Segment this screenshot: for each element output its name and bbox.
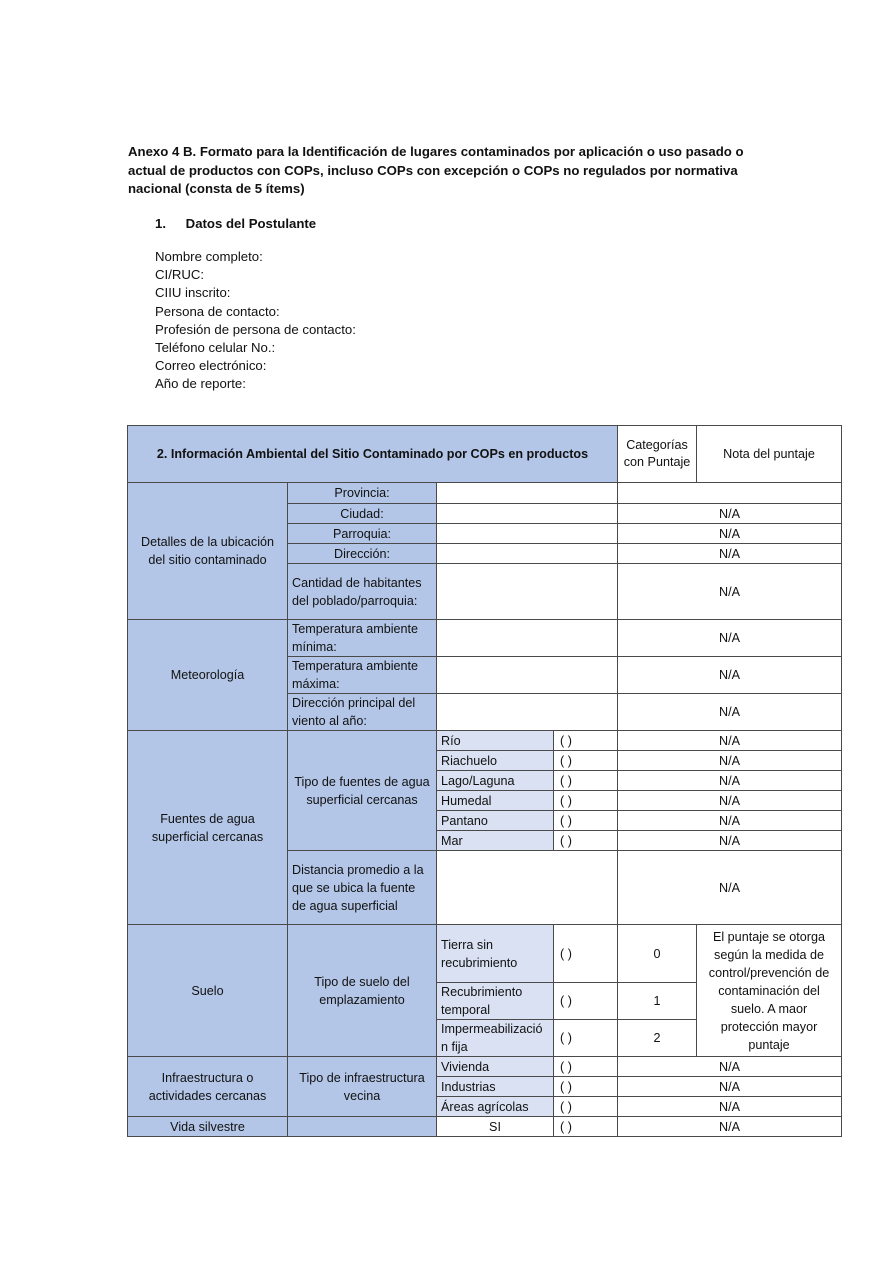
checkbox-tierra[interactable]: ( ) bbox=[554, 925, 618, 983]
input-parroquia[interactable] bbox=[437, 524, 618, 544]
label-water-distance: Distancia promedio a la que se ubica la … bbox=[288, 851, 437, 925]
checkbox-vivienda[interactable]: ( ) bbox=[554, 1057, 618, 1077]
label-wind: Dirección principal del viento al año: bbox=[288, 694, 437, 731]
note-provincia bbox=[618, 483, 842, 504]
field-ciiu[interactable]: CIIU inscrito: bbox=[155, 284, 356, 302]
input-temp-min[interactable] bbox=[437, 620, 618, 657]
label-direccion: Dirección: bbox=[288, 544, 437, 564]
input-wind[interactable] bbox=[437, 694, 618, 731]
note-pantano: N/A bbox=[618, 811, 842, 831]
section-title: Datos del Postulante bbox=[186, 216, 316, 231]
table-header-categories: Categorías con Puntaje bbox=[618, 426, 697, 483]
label-parroquia: Parroquia: bbox=[288, 524, 437, 544]
field-ci-ruc[interactable]: CI/RUC: bbox=[155, 266, 356, 284]
option-rio: Río bbox=[437, 731, 554, 751]
group-water: Fuentes de agua superficial cercanas bbox=[128, 731, 288, 925]
option-riachuelo: Riachuelo bbox=[437, 751, 554, 771]
field-telefono[interactable]: Teléfono celular No.: bbox=[155, 339, 356, 357]
checkbox-humedal[interactable]: ( ) bbox=[554, 791, 618, 811]
note-direccion: N/A bbox=[618, 544, 842, 564]
checkbox-si[interactable]: ( ) bbox=[554, 1117, 618, 1137]
input-temp-max[interactable] bbox=[437, 657, 618, 694]
checkbox-rio[interactable]: ( ) bbox=[554, 731, 618, 751]
score-recubrimiento: 1 bbox=[618, 983, 697, 1020]
field-correo[interactable]: Correo electrónico: bbox=[155, 357, 356, 375]
subgroup-water-type: Tipo de fuentes de agua superficial cerc… bbox=[288, 731, 437, 851]
label-provincia: Provincia: bbox=[288, 483, 437, 504]
group-infrastructure: Infraestructura o actividades cercanas bbox=[128, 1057, 288, 1117]
subgroup-infrastructure-type: Tipo de infraestructura vecina bbox=[288, 1057, 437, 1117]
group-soil: Suelo bbox=[128, 925, 288, 1057]
group-wildlife: Vida silvestre bbox=[128, 1117, 288, 1137]
option-pantano: Pantano bbox=[437, 811, 554, 831]
checkbox-riachuelo[interactable]: ( ) bbox=[554, 751, 618, 771]
field-profesion[interactable]: Profesión de persona de contacto: bbox=[155, 321, 356, 339]
note-areas-agricolas: N/A bbox=[618, 1097, 842, 1117]
score-tierra: 0 bbox=[618, 925, 697, 983]
checkbox-mar[interactable]: ( ) bbox=[554, 831, 618, 851]
input-ciudad[interactable] bbox=[437, 504, 618, 524]
applicant-fields: Nombre completo: CI/RUC: CIIU inscrito: … bbox=[155, 248, 356, 394]
field-anio[interactable]: Año de reporte: bbox=[155, 375, 356, 393]
section-1-heading: 1. Datos del Postulante bbox=[155, 216, 316, 231]
option-recubrimiento: Recubrimiento temporal bbox=[437, 983, 554, 1020]
input-habitantes[interactable] bbox=[437, 564, 618, 620]
checkbox-pantano[interactable]: ( ) bbox=[554, 811, 618, 831]
option-tierra: Tierra sin recubrimiento bbox=[437, 925, 554, 983]
input-provincia[interactable] bbox=[437, 483, 618, 504]
note-riachuelo: N/A bbox=[618, 751, 842, 771]
field-contacto[interactable]: Persona de contacto: bbox=[155, 303, 356, 321]
note-temp-max: N/A bbox=[618, 657, 842, 694]
note-habitantes: N/A bbox=[618, 564, 842, 620]
soil-score-note: El puntaje se otorga según la medida de … bbox=[697, 925, 842, 1057]
note-wind: N/A bbox=[618, 694, 842, 731]
note-vivienda: N/A bbox=[618, 1057, 842, 1077]
score-impermeabilizacion: 2 bbox=[618, 1020, 697, 1057]
checkbox-areas-agricolas[interactable]: ( ) bbox=[554, 1097, 618, 1117]
label-ciudad: Ciudad: bbox=[288, 504, 437, 524]
option-areas-agricolas: Áreas agrícolas bbox=[437, 1097, 554, 1117]
note-ciudad: N/A bbox=[618, 504, 842, 524]
table-header-note: Nota del puntaje bbox=[697, 426, 842, 483]
note-wildlife: N/A bbox=[618, 1117, 842, 1137]
option-impermeabilizacion: Impermeabilización fija bbox=[437, 1020, 554, 1057]
note-industrias: N/A bbox=[618, 1077, 842, 1097]
label-temp-max: Temperatura ambiente máxima: bbox=[288, 657, 437, 694]
note-water-distance: N/A bbox=[618, 851, 842, 925]
note-rio: N/A bbox=[618, 731, 842, 751]
option-industrias: Industrias bbox=[437, 1077, 554, 1097]
note-mar: N/A bbox=[618, 831, 842, 851]
option-vivienda: Vivienda bbox=[437, 1057, 554, 1077]
environmental-info-table: 2. Información Ambiental del Sitio Conta… bbox=[127, 425, 842, 1137]
subgroup-soil-type: Tipo de suelo del emplazamiento bbox=[288, 925, 437, 1057]
group-meteorology: Meteorología bbox=[128, 620, 288, 731]
checkbox-impermeabilizacion[interactable]: ( ) bbox=[554, 1020, 618, 1057]
option-si: SI bbox=[437, 1117, 554, 1137]
note-humedal: N/A bbox=[618, 791, 842, 811]
note-lago: N/A bbox=[618, 771, 842, 791]
field-nombre[interactable]: Nombre completo: bbox=[155, 248, 356, 266]
subgroup-wildlife-empty bbox=[288, 1117, 437, 1137]
note-temp-min: N/A bbox=[618, 620, 842, 657]
note-parroquia: N/A bbox=[618, 524, 842, 544]
table-header-title: 2. Información Ambiental del Sitio Conta… bbox=[128, 426, 618, 483]
section-number: 1. bbox=[155, 216, 182, 231]
input-water-distance[interactable] bbox=[437, 851, 618, 925]
label-habitantes: Cantidad de habitantes del poblado/parro… bbox=[288, 564, 437, 620]
checkbox-lago[interactable]: ( ) bbox=[554, 771, 618, 791]
document-title: Anexo 4 B. Formato para la Identificació… bbox=[128, 143, 748, 199]
group-location: Detalles de la ubicación del sitio conta… bbox=[128, 483, 288, 620]
option-humedal: Humedal bbox=[437, 791, 554, 811]
option-mar: Mar bbox=[437, 831, 554, 851]
input-direccion[interactable] bbox=[437, 544, 618, 564]
label-temp-min: Temperatura ambiente mínima: bbox=[288, 620, 437, 657]
checkbox-recubrimiento[interactable]: ( ) bbox=[554, 983, 618, 1020]
checkbox-industrias[interactable]: ( ) bbox=[554, 1077, 618, 1097]
option-lago: Lago/Laguna bbox=[437, 771, 554, 791]
